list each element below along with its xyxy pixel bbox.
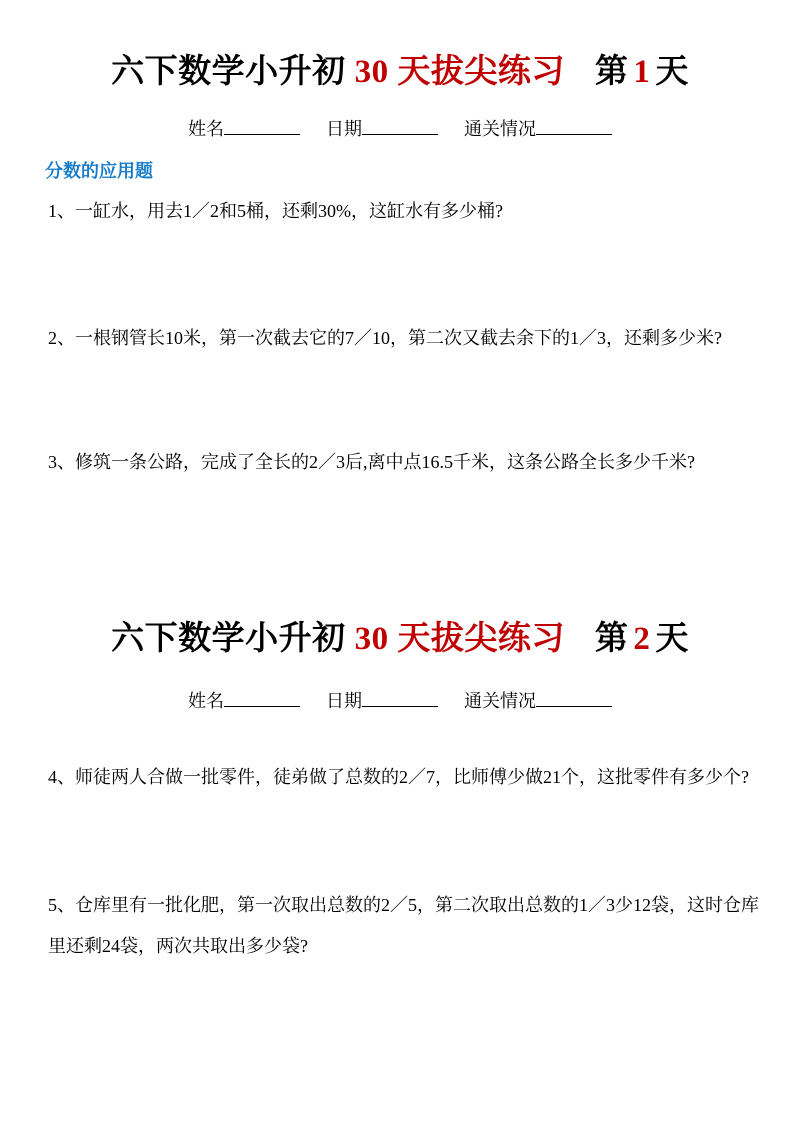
question-5-text-line2: 里还剩24袋，两次共取出多少袋? [48,936,759,957]
title-day-suffix: 天 [655,54,689,90]
question-2: 2、一根钢管长10米，第一次截去它的7／10，第二次又截去余下的1／3，还剩多少… [48,328,722,349]
fields-row-day1: 姓名日期通关情况 [0,117,800,140]
fields-row-day2: 姓名日期通关情况 [0,689,800,712]
name-field-label: 姓名 [188,691,224,711]
date-field: 日期 [326,689,438,712]
question-1: 1、一缸水，用去1／2和5桶，还剩30%，这缸水有多少桶? [48,201,503,222]
title-day-prefix: 第 [595,54,629,90]
date-field-label: 日期 [326,691,362,711]
category-heading: 分数的应用题 [45,161,153,182]
worksheet-title-day1: 六下数学小升初30 天拔尖练习第1天 [0,52,800,93]
title-highlight: 30 天拔尖练习 [355,621,565,657]
question-4-text: 4、师徒两人合做一批零件，徒弟做了总数的2／7，比师傅少做21个，这批零件有多少… [48,767,749,788]
name-field-label: 姓名 [188,119,224,139]
pass-status-blank-line [536,689,612,707]
name-field: 姓名 [188,689,300,712]
title-day-prefix: 第 [595,621,629,657]
worksheet-page: 六下数学小升初30 天拔尖练习第1天 姓名日期通关情况 分数的应用题 1、一缸水… [0,0,800,1131]
pass-status-blank-line [536,117,612,135]
pass-status-field-label: 通关情况 [464,119,536,139]
question-3-text: 3、修筑一条公路，完成了全长的2／3后,离中点16.5千米，这条公路全长多少千米… [48,452,695,473]
title-series: 六下数学小升初 [111,54,346,90]
title-day-suffix: 天 [655,621,689,657]
date-blank-line [362,117,438,135]
name-blank-line [224,117,300,135]
question-4: 4、师徒两人合做一批零件，徒弟做了总数的2／7，比师傅少做21个，这批零件有多少… [48,767,749,788]
title-series: 六下数学小升初 [111,621,346,657]
date-blank-line [362,689,438,707]
title-highlight: 30 天拔尖练习 [355,54,565,90]
question-5-text-line1: 5、仓库里有一批化肥，第一次取出总数的2／5，第二次取出总数的1／3少12袋，这… [48,895,759,916]
question-5: 5、仓库里有一批化肥，第一次取出总数的2／5，第二次取出总数的1／3少12袋，这… [48,895,759,957]
title-day-number: 2 [633,621,650,657]
question-1-text: 1、一缸水，用去1／2和5桶，还剩30%，这缸水有多少桶? [48,201,503,222]
worksheet-title-day2: 六下数学小升初30 天拔尖练习第2天 [0,619,800,660]
name-field: 姓名 [188,117,300,140]
question-2-text: 2、一根钢管长10米，第一次截去它的7／10，第二次又截去余下的1／3，还剩多少… [48,328,722,349]
date-field: 日期 [326,117,438,140]
pass-status-field: 通关情况 [464,117,612,140]
pass-status-field: 通关情况 [464,689,612,712]
question-3: 3、修筑一条公路，完成了全长的2／3后,离中点16.5千米，这条公路全长多少千米… [48,452,695,473]
date-field-label: 日期 [326,119,362,139]
name-blank-line [224,689,300,707]
pass-status-field-label: 通关情况 [464,691,536,711]
title-day-number: 1 [633,54,650,90]
